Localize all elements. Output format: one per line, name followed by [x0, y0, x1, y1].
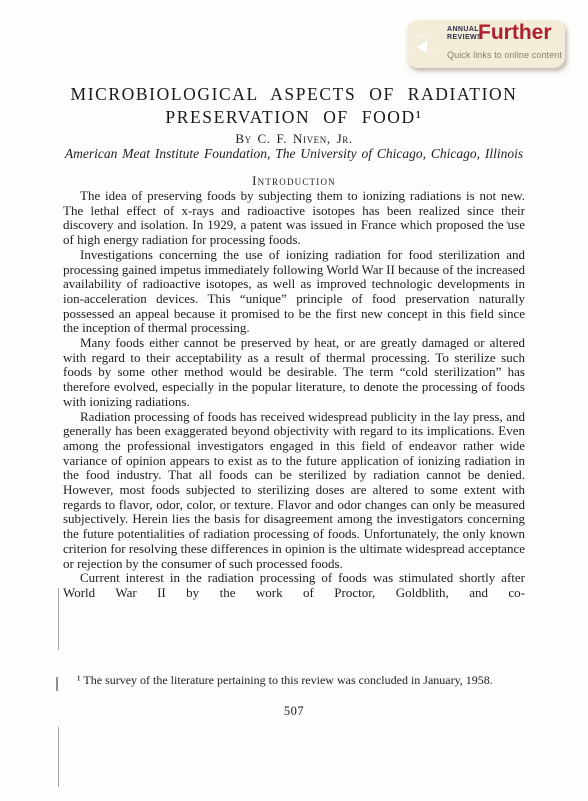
paragraph-1: The idea of preserving foods by subjecti…	[63, 189, 525, 248]
article-title-line2: PRESERVATION OF FOOD¹	[0, 107, 588, 128]
page-number: 507	[63, 704, 525, 719]
annual-reviews-further-badge[interactable]: ANNUAL REVIEWS Further Quick links to on…	[407, 20, 565, 68]
article-byline: By C. F. Niven, Jr.	[0, 131, 588, 147]
scan-artifact-line	[58, 588, 59, 650]
badge-brand-line2: REVIEWS	[447, 34, 482, 41]
article-body: The idea of preserving foods by subjecti…	[63, 189, 525, 601]
paragraph-4: Radiation processing of foods has receiv…	[63, 410, 525, 572]
article-affiliation: American Meat Institute Foundation, The …	[0, 146, 588, 162]
badge-subtitle: Quick links to online content	[447, 50, 562, 60]
scan-artifact-line	[58, 727, 59, 787]
badge-brand-line1: ANNUAL	[447, 26, 479, 33]
scan-artifact-speck: +	[505, 219, 512, 227]
paragraph-2: Investigations concerning the use of ion…	[63, 248, 525, 336]
scanned-page: ANNUAL REVIEWS Further Quick links to on…	[0, 0, 588, 801]
scan-artifact-line	[56, 677, 58, 691]
article-title-line1: MICROBIOLOGICAL ASPECTS OF RADIATION	[0, 84, 588, 105]
section-heading-introduction: Introduction	[0, 173, 588, 189]
badge-brand-text: ANNUAL REVIEWS	[447, 26, 482, 41]
paragraph-5: Current interest in the radiation proces…	[63, 571, 525, 600]
footnote: ¹ The survey of the literature pertainin…	[63, 673, 525, 687]
left-arrow-glyph	[417, 41, 427, 53]
badge-further-label: Further	[478, 21, 552, 45]
left-arrow-circle-icon	[410, 34, 437, 61]
paragraph-3: Many foods either cannot be preserved by…	[63, 336, 525, 410]
